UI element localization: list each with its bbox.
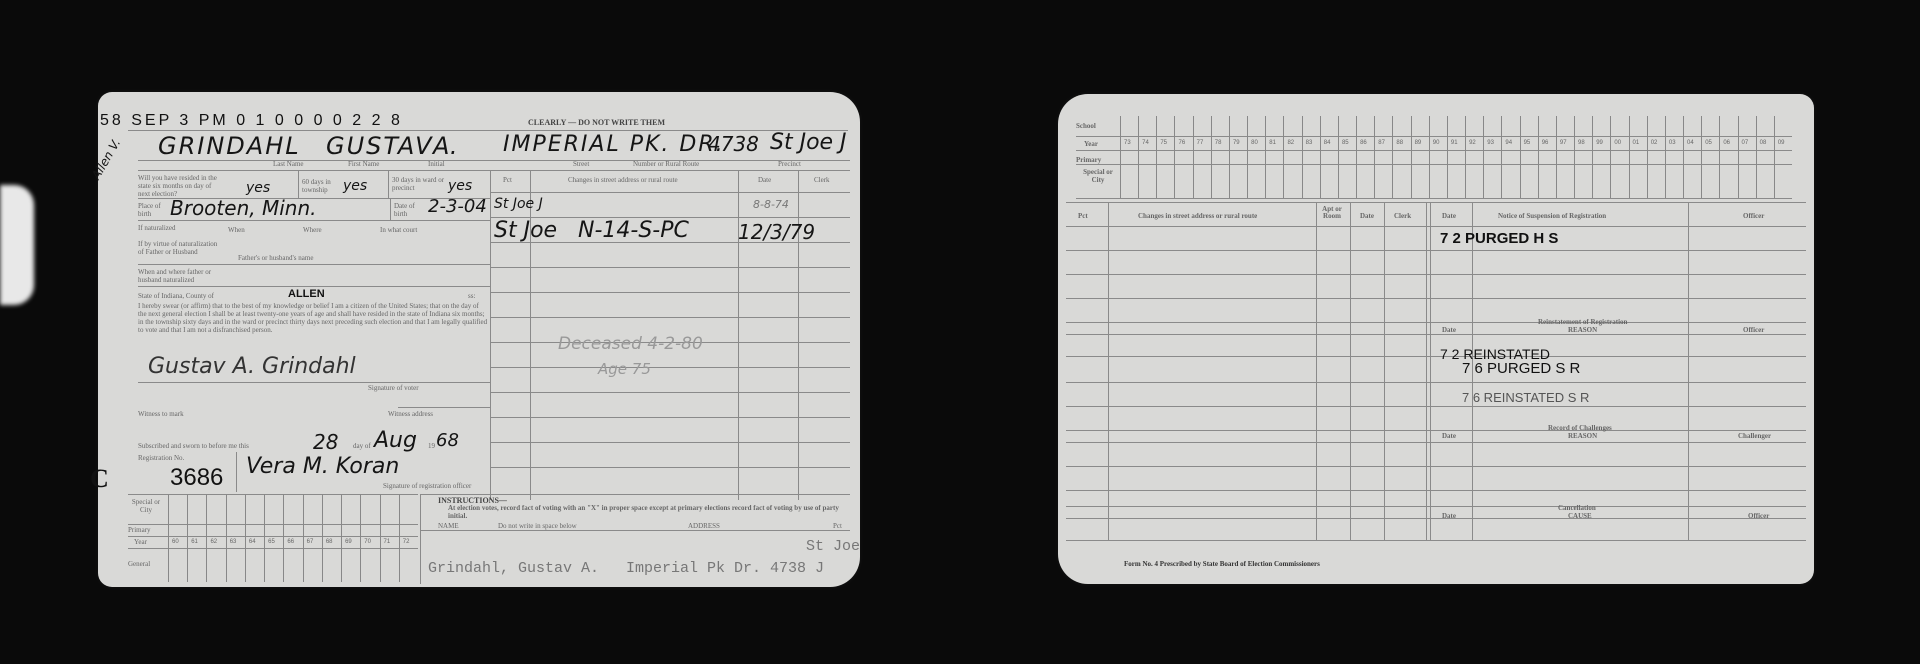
subscribed-text: Subscribed and sworn to before me this [138,442,249,450]
ruled-line [1066,322,1806,323]
grid-year-label: 87 [1378,140,1385,146]
grid-column [226,494,227,582]
grid-column [1665,116,1666,198]
reinstatement-entry-3: 7 6 REINSTATED S R [1462,390,1589,405]
reinstatement-officer-label: Officer [1743,326,1764,334]
grid-column [168,494,169,582]
grid-year-label: 88 [1396,140,1403,146]
officer-signature: Vera M. Koran [246,454,399,479]
col-date: Date [758,176,771,184]
precinct-label: Precinct [778,160,801,168]
back-col-clerk: Clerk [1394,212,1411,220]
cancellation-cause-label: CAUSE [1568,512,1592,520]
back-col-changes: Changes in street address or rural route [1138,212,1257,220]
timestamp-stamp: 58 SEP 3 PM 0 1 0 0 0 0 2 2 8 [100,112,403,130]
grid-column [1247,116,1248,198]
grid-year-label: 95 [1524,140,1531,146]
grid-year-label: 00 [1614,140,1621,146]
suspension-title: Notice of Suspension of Registration [1498,212,1606,220]
grid-column [1756,116,1757,198]
grid-column [1738,116,1739,198]
row-label-special: Special or City [1078,168,1118,184]
grid-column [1411,116,1412,198]
grid-column [380,494,381,582]
grid-column [1302,116,1303,198]
grid-year-label: 64 [249,539,256,545]
ward-question: 30 days in ward or precinct [392,176,452,192]
cancellation-date-label: Date [1442,512,1456,520]
col-clerk: Clerk [814,176,830,184]
grid-column [1156,116,1157,198]
grid-year-label: 75 [1160,140,1167,146]
grid-year-label: 71 [384,539,391,545]
grid-column [1701,116,1702,198]
change-row-2-pct: St Joe [494,218,557,243]
grid-column [1520,116,1521,198]
grid-column [1265,116,1266,198]
grid-column [1683,116,1684,198]
grid-column [1629,116,1630,198]
cancellation-officer-label: Officer [1748,512,1769,520]
grid-year-label: 96 [1542,140,1549,146]
reinstatement-title: Reinstatement of Registration [1538,318,1627,326]
sworn-month: Aug [374,428,417,453]
grid-column [1374,116,1375,198]
grid-column [1392,116,1393,198]
oath-ss: ss: [468,292,475,300]
ruled-line [1066,274,1806,275]
row-label-general: General [128,560,150,568]
street-label: Street [573,160,589,168]
row-label-primary: Primary [1076,156,1101,164]
reinstatement-reason-label: REASON [1568,326,1597,334]
grid-column [1574,116,1575,198]
grid-year-label: 86 [1360,140,1367,146]
where-label: Where [303,226,322,234]
change-row-2-change: N-14-S-PC [578,218,689,243]
grid-year-label: 70 [364,539,371,545]
initial: A. [433,132,458,160]
residency-answer: yes [246,180,270,196]
grid-year-label: 83 [1306,140,1313,146]
reinstatement-entry-2: 7 6 PURGED S R [1462,360,1580,377]
residency-question: Will you have resided in the state six m… [138,174,218,198]
grid-year-label: 91 [1451,140,1458,146]
year-prefix: 19 [428,442,435,450]
margin-note: Allen V. [89,136,123,181]
row-label-special: Special or City [128,498,164,514]
grid-year-label: 99 [1596,140,1603,146]
grid-year-label: 60 [172,539,179,545]
instructions-text: At election votes, record fact of voting… [448,504,848,520]
grid-year-label: 80 [1251,140,1258,146]
grid-year-label: 09 [1778,140,1785,146]
suspension-officer-label: Officer [1743,212,1764,220]
grid-year-label: 90 [1433,140,1440,146]
precinct: St Joe J [770,130,847,155]
grid-year-label: 93 [1487,140,1494,146]
township-answer: yes [343,178,367,194]
suspension-date-label: Date [1442,212,1456,220]
grid-year-label: 08 [1760,140,1767,146]
grid-year-label: 07 [1742,140,1749,146]
grid-column [1592,116,1593,198]
grid-year-label: 84 [1324,140,1331,146]
grid-column [1447,116,1448,198]
street: IMPERIAL PK. DR. [503,132,725,157]
grid-year-label: 76 [1178,140,1185,146]
cancellation-title: Cancellation [1558,504,1596,512]
grid-year-label: 61 [191,539,198,545]
grid-column [1320,116,1321,198]
grid-column [1429,116,1430,198]
grid-column [1211,116,1212,198]
typed-precinct: St Joe [806,538,860,555]
house-number: 4738 [708,132,759,156]
grid-year-label: 79 [1233,140,1240,146]
change-row-1-pct: St Joe J [494,196,543,212]
grid-year-label: 69 [345,539,352,545]
court-label: In what court [380,226,417,234]
grid-year-label: 94 [1505,140,1512,146]
col-pct: Pct [503,176,512,184]
grid-year-label: 78 [1215,140,1222,146]
reinstatement-date-label: Date [1442,326,1456,334]
grid-column [283,494,284,582]
grid-column [1283,116,1284,198]
grid-column [206,494,207,582]
grid-column [245,494,246,582]
grid-year-label: 06 [1723,140,1730,146]
grid-year-label: 62 [210,539,217,545]
last-name-label: Last Name [273,160,304,168]
card-letter: C [90,464,109,494]
first-name: GUSTAV [326,132,434,160]
dob-label: Date of birth [394,202,424,218]
grid-column [360,494,361,582]
grid-year-label: 73 [1124,140,1131,146]
grid-year-label: 66 [287,539,294,545]
faint-note-deceased: Deceased 4-2-80 [558,334,703,354]
back-col-pct: Pct [1078,212,1088,220]
father-when-label: When and where father or husband natural… [138,268,218,284]
form-footer: Form No. 4 Prescribed by State Board of … [1124,560,1320,568]
oath-text: I hereby swear (or affirm) that to the b… [138,302,488,334]
col-changes: Changes in street address or rural route [568,176,678,184]
grid-year-label: 82 [1287,140,1294,146]
ruled-line [1066,430,1806,431]
grid-year-label: 02 [1651,140,1658,146]
grid-column [1229,116,1230,198]
row-label-year: Year [1084,140,1098,148]
grid-column [1465,116,1466,198]
grid-column [1647,116,1648,198]
ruled-line [1066,334,1806,335]
officer-label: Signature of registration officer [383,482,471,490]
last-name: GRINDAHL [158,132,301,160]
grid-year-label: 74 [1142,140,1149,146]
grid-column [303,494,304,582]
grid-column [1538,116,1539,198]
grid-year-label: 97 [1560,140,1567,146]
day-of-label: day of [353,442,371,450]
back-vote-grid: School Year Primary Special or City 7374… [1076,116,1792,200]
grid-column [1338,116,1339,198]
ruled-line [1066,406,1806,407]
grid-year-label: 04 [1687,140,1694,146]
name-label: NAME [438,522,459,530]
challenges-date-label: Date [1442,432,1456,440]
typed-address: Imperial Pk Dr. 4738 J [626,560,824,577]
ruled-line [1066,506,1806,507]
film-edge-artifact [0,185,34,305]
ruled-line [1066,250,1806,251]
naturalized-label: If naturalized [138,224,176,232]
grid-year-label: 67 [307,539,314,545]
registration-card-back: School Year Primary Special or City 7374… [1058,94,1814,584]
grid-column [1774,116,1775,198]
grid-column [322,494,323,582]
father-label: If by virtue of naturalization of Father… [138,240,218,256]
registration-no-label: Registration No. [138,454,184,462]
registration-number: 3686 [170,464,223,492]
grid-year-label: 92 [1469,140,1476,146]
change-row-1-date: 8-8-74 [753,198,789,211]
father-name-label: Father's or husband's name [238,254,313,262]
grid-year-label: 85 [1342,140,1349,146]
grid-column [1483,116,1484,198]
pct-label: Pct [833,522,842,530]
grid-year-label: 65 [268,539,275,545]
sworn-year: 68 [436,430,459,451]
row-label-year: Year [134,538,147,546]
county: ALLEN [288,288,325,300]
number-label: Number or Rural Route [633,160,699,168]
grid-year-label: 63 [230,539,237,545]
grid-column [1120,116,1121,198]
when-label: When [228,226,245,234]
grid-column [399,494,400,582]
grid-year-label: 03 [1669,140,1676,146]
grid-year-label: 98 [1578,140,1585,146]
grid-year-label: 01 [1633,140,1640,146]
address-label: ADDRESS [688,522,720,530]
ruled-line [1066,518,1806,519]
grid-year-label: 68 [326,539,333,545]
challenges-title: Record of Challenges [1548,424,1612,432]
witness-label: Witness to mark [138,410,184,418]
ruled-line [1066,226,1806,227]
grid-year-label: 05 [1705,140,1712,146]
do-not-write-label: Do not write in space below [498,522,577,530]
oath-state: State of Indiana, County of [138,292,214,300]
ruled-line [1066,466,1806,467]
typed-name: Grindahl, Gustav A. [428,560,599,577]
signature-label: Signature of voter [368,384,419,392]
row-label-school: School [1076,122,1096,130]
grid-year-label: 72 [403,539,410,545]
ruled-line [1066,382,1806,383]
front-vote-grid: Special or City Primary Year General 606… [128,494,418,582]
witness-address-label: Witness address [388,410,433,418]
grid-column [187,494,188,582]
ruled-line [1066,442,1806,443]
grid-column [1501,116,1502,198]
challenges-reason-label: REASON [1568,432,1597,440]
back-col-date: Date [1360,212,1374,220]
grid-column [1356,116,1357,198]
change-row-2-date: 12/3/79 [738,220,815,244]
first-name-label: First Name [348,160,379,168]
ward-answer: yes [448,178,472,194]
grid-year-label: 81 [1269,140,1276,146]
initial-label: Initial [428,160,445,168]
grid-column [264,494,265,582]
grid-column [1719,116,1720,198]
suspension-entry-1: 7 2 PURGED H S [1440,230,1558,247]
grid-column [1556,116,1557,198]
registration-card-front: 58 SEP 3 PM 0 1 0 0 0 0 2 2 8 CLEARLY — … [98,92,860,587]
grid-column [1138,116,1139,198]
row-label-primary: Primary [128,526,151,534]
ruled-line [1066,298,1806,299]
grid-column [1610,116,1611,198]
grid-column [1174,116,1175,198]
birthplace-label: Place of birth [138,202,168,218]
ruled-line [1066,356,1806,357]
date-of-birth: 2-3-04 [428,196,487,217]
faint-note-age: Age 75 [598,360,651,378]
ruled-line [1066,490,1806,491]
grid-column [341,494,342,582]
back-col-apt: Apt or Room [1320,206,1344,220]
challenger-label: Challenger [1738,432,1771,440]
grid-year-label: 89 [1415,140,1422,146]
header-instruction: CLEARLY — DO NOT WRITE THEM [528,118,665,127]
birthplace: Brooten, Minn. [170,196,316,220]
voter-signature: Gustav A. Grindahl [148,354,356,379]
sworn-day: 28 [313,430,338,454]
grid-year-label: 77 [1197,140,1204,146]
grid-column [1193,116,1194,198]
